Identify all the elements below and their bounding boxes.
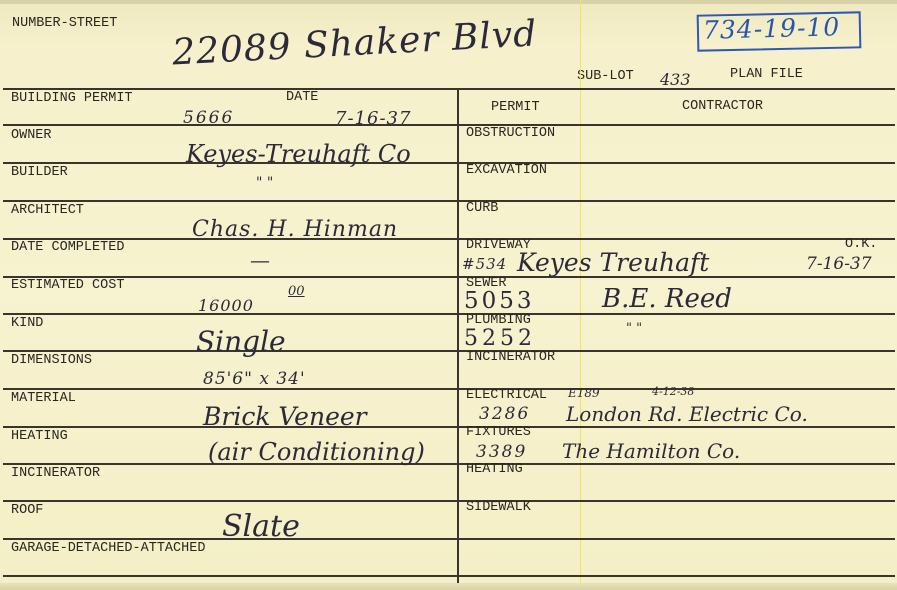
estimated-cost-cents: 00 xyxy=(288,285,305,298)
rule xyxy=(3,162,895,164)
electrical-permit: 3286 xyxy=(479,406,530,423)
driveway-date: 7-16-37 xyxy=(806,256,872,273)
electrical-ref: E189 xyxy=(568,387,600,399)
contractor-column-header: CONTRACTOR xyxy=(682,100,763,114)
excavation-label: EXCAVATION xyxy=(466,164,547,178)
curb-label: CURB xyxy=(466,202,498,216)
rule xyxy=(3,575,895,577)
sub-lot-label: SUB-LOT xyxy=(577,70,634,84)
dimensions-label: DIMENSIONS xyxy=(11,354,92,368)
date-completed-value: — xyxy=(250,250,270,270)
garage-label: GARAGE-DETACHED-ATTACHED xyxy=(11,542,205,556)
date-label: DATE xyxy=(286,91,318,105)
rule xyxy=(3,238,895,240)
estimated-cost-label: ESTIMATED COST xyxy=(11,279,124,293)
incinerator-label: INCINERATOR xyxy=(11,467,100,481)
rule xyxy=(3,350,895,352)
rule xyxy=(3,276,895,278)
card-bottom-edge xyxy=(0,583,897,590)
plumbing-permit: 5252 xyxy=(464,328,536,350)
date-completed-label: DATE COMPLETED xyxy=(11,241,124,255)
rule xyxy=(3,313,895,315)
architect-value: Chas. H. Hinman xyxy=(192,219,398,241)
sidewalk-label: SIDEWALK xyxy=(466,501,531,515)
heating-label: HEATING xyxy=(11,430,68,444)
address-value: 22089 Shaker Blvd xyxy=(171,16,538,71)
building-permit-label: BUILDING PERMIT xyxy=(11,92,133,106)
permit-card: NUMBER-STREET 22089 Shaker Blvd 734-19-1… xyxy=(0,0,897,590)
file-number-stamp: 734-19-10 xyxy=(703,12,841,45)
incinerator-permit-label: INCINERATOR xyxy=(466,351,555,365)
driveway-ok-label: O.K. xyxy=(845,238,877,252)
electrical-date: 4-12-38 xyxy=(652,386,694,397)
fixtures-permit: 3389 xyxy=(476,444,527,461)
rule xyxy=(3,500,895,502)
sewer-contractor: B.E. Reed xyxy=(602,286,732,312)
rule xyxy=(3,538,895,540)
dimensions-value: 85'6" x 34' xyxy=(203,371,306,388)
obstruction-label: OBSTRUCTION xyxy=(466,127,555,141)
driveway-contractor: Keyes Treuhaft xyxy=(517,250,709,275)
builder-value: " " xyxy=(256,176,273,190)
fixtures-label: FIXTURES xyxy=(466,426,531,440)
rule xyxy=(3,88,895,90)
sewer-permit: 5053 xyxy=(464,290,535,313)
building-permit-date: 7-16-37 xyxy=(335,110,411,128)
rule xyxy=(3,388,895,390)
roof-label: ROOF xyxy=(11,504,43,518)
material-label: MATERIAL xyxy=(11,392,76,406)
builder-label: BUILDER xyxy=(11,166,68,180)
heating-permit-label: HEATING xyxy=(466,463,523,477)
plumbing-contractor: " " xyxy=(626,322,642,335)
rule xyxy=(3,200,895,202)
architect-label: ARCHITECT xyxy=(11,204,84,218)
card-top-edge xyxy=(0,0,897,4)
heating-value: (air Conditioning) xyxy=(208,440,425,464)
permit-column-header: PERMIT xyxy=(491,101,540,115)
rule xyxy=(3,124,895,126)
kind-value: Single xyxy=(196,328,286,356)
material-value: Brick Veneer xyxy=(203,404,367,429)
fixtures-contractor: The Hamilton Co. xyxy=(562,441,740,461)
electrical-contractor: London Rd. Electric Co. xyxy=(566,404,808,424)
owner-label: OWNER xyxy=(11,129,52,143)
building-permit-number: 5666 xyxy=(183,110,234,127)
roof-value: Slate xyxy=(222,512,300,542)
electrical-label: ELECTRICAL xyxy=(466,389,547,403)
rule xyxy=(3,426,895,428)
kind-label: KIND xyxy=(11,317,43,331)
driveway-permit: #534 xyxy=(462,257,507,272)
rule xyxy=(3,463,895,465)
plan-file-label: PLAN FILE xyxy=(730,68,803,82)
estimated-cost-value: 16000 xyxy=(198,298,254,314)
number-street-label: NUMBER-STREET xyxy=(12,17,117,31)
sub-lot-value: 433 xyxy=(660,72,691,88)
owner-value: Keyes-Treuhaft Co xyxy=(186,142,411,166)
